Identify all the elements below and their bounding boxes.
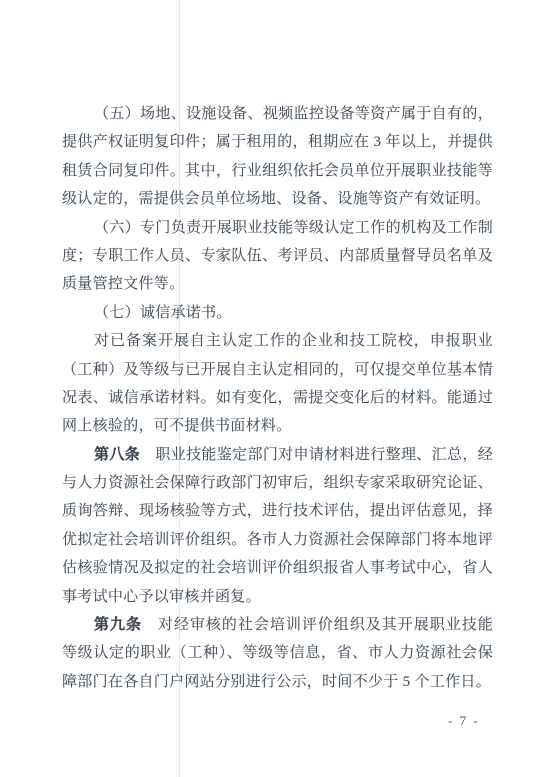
- text-line: 事考试中心予以审核并函复。: [62, 583, 493, 611]
- text-line: 第八条 职业技能鉴定部门对申请材料进行整理、汇总，经: [62, 441, 493, 469]
- text-line: 等级认定的职业（工种）、等级等信息，省、市人力资源社会保: [62, 639, 493, 667]
- text-line: 提供产权证明复印件；属于租用的，租期应在 3 年以上，并提供: [62, 128, 493, 156]
- text-line: 第九条 对经审核的社会培训评价组织及其开展职业技能: [62, 611, 493, 639]
- text-line: 况表、诚信承诺材料。如有变化，需提交变化后的材料。能通过: [62, 384, 493, 412]
- text-line: 估核验情况及拟定的社会培训评价组织报省人事考试中心，省人: [62, 554, 493, 582]
- text-line: 优拟定社会培训评价组织。各市人力资源社会保障部门将本地评: [62, 526, 493, 554]
- text-line: （七）诚信承诺书。: [62, 299, 493, 327]
- text-line: 质量管控文件等。: [62, 270, 493, 298]
- text-line: （五）场地、设施设备、视频监控设备等资产属于自有的，: [62, 100, 493, 128]
- text-line: 障部门在各自门户网站分别进行公示，时间不少于 5 个工作日。: [62, 668, 493, 696]
- text-line: 网上核验的，可不提供书面材料。: [62, 412, 493, 440]
- text-line: 与人力资源社会保障行政部门初审后，组织专家采取研究论证、: [62, 469, 493, 497]
- document-page: （五）场地、设施设备、视频监控设备等资产属于自有的，提供产权证明复印件；属于租用…: [0, 0, 550, 777]
- page-number: - 7 -: [448, 713, 480, 729]
- text-line: （工种）及等级与已开展自主认定相同的，可仅提交单位基本情: [62, 356, 493, 384]
- text-line: 对已备案开展自主认定工作的企业和技工院校，申报职业: [62, 327, 493, 355]
- text-line: （六）专门负责开展职业技能等级认定工作的机构及工作制: [62, 214, 493, 242]
- article-number-bold: 第八条: [94, 447, 140, 463]
- article-number-bold: 第九条: [94, 617, 142, 633]
- document-body: （五）场地、设施设备、视频监控设备等资产属于自有的，提供产权证明复印件；属于租用…: [62, 100, 493, 696]
- text-line: 度；专职工作人员、专家队伍、考评员、内部质量督导员名单及: [62, 242, 493, 270]
- text-line: 租赁合同复印件。其中，行业组织依托会员单位开展职业技能等: [62, 157, 493, 185]
- text-line: 质询答辩、现场核验等方式，进行技术评估，提出评估意见，择: [62, 497, 493, 525]
- text-line: 级认定的，需提供会员单位场地、设备、设施等资产有效证明。: [62, 185, 493, 213]
